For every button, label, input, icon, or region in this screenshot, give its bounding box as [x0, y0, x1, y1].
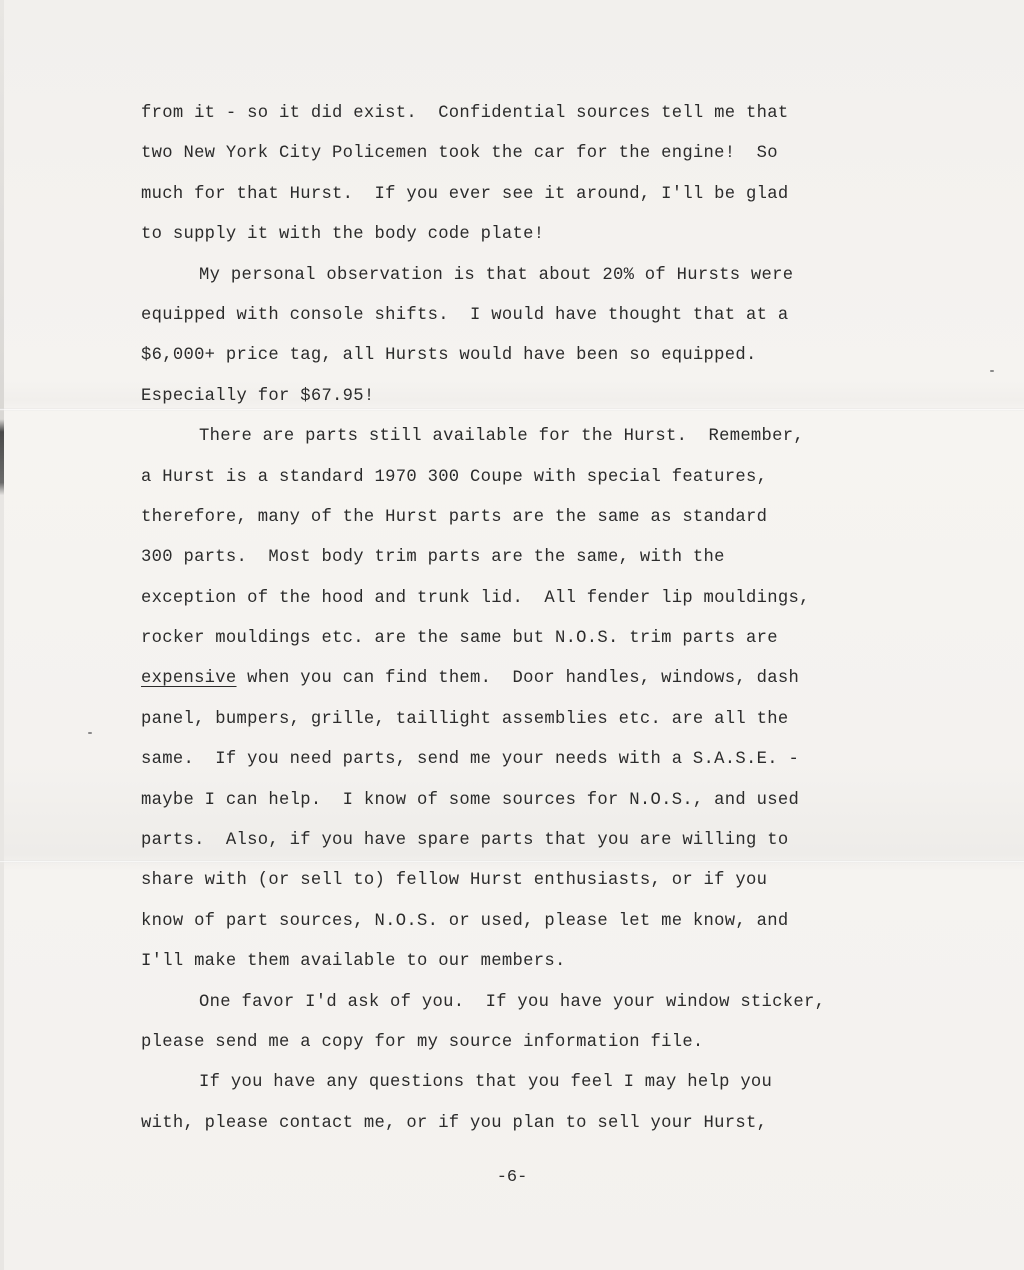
paragraph: There are parts still available for the … — [141, 423, 921, 988]
text-line: panel, bumpers, grille, taillight assemb… — [141, 706, 921, 746]
text-line: share with (or sell to) fellow Hurst ent… — [141, 867, 921, 907]
text-line: maybe I can help. I know of some sources… — [141, 787, 921, 827]
text-line: exception of the hood and trunk lid. All… — [141, 585, 921, 625]
text-line: Especially for $67.95! — [141, 383, 921, 423]
text-line: I'll make them available to our members. — [141, 948, 921, 988]
paragraph: My personal observation is that about 20… — [141, 262, 921, 424]
text-line: from it - so it did exist. Confidential … — [141, 100, 921, 140]
scanned-letter-page: from it - so it did exist. Confidential … — [0, 0, 1024, 1270]
text-line: know of part sources, N.O.S. or used, pl… — [141, 908, 921, 948]
text-line: rocker mouldings etc. are the same but N… — [141, 625, 921, 665]
text-line: My personal observation is that about 20… — [141, 262, 921, 302]
text-line: parts. Also, if you have spare parts tha… — [141, 827, 921, 867]
text-line: same. If you need parts, send me your ne… — [141, 746, 921, 786]
text-line: equipped with console shifts. I would ha… — [141, 302, 921, 342]
text-line: much for that Hurst. If you ever see it … — [141, 181, 921, 221]
paragraph: One favor I'd ask of you. If you have yo… — [141, 989, 921, 1070]
paragraph: If you have any questions that you feel … — [141, 1069, 921, 1150]
paragraph: from it - so it did exist. Confidential … — [141, 100, 921, 262]
page-number: -6- — [0, 1168, 1024, 1187]
text-line: If you have any questions that you feel … — [141, 1069, 921, 1109]
text-line: There are parts still available for the … — [141, 423, 921, 463]
text-line: to supply it with the body code plate! — [141, 221, 921, 261]
text-line: two New York City Policemen took the car… — [141, 140, 921, 180]
underlined-word: expensive — [141, 669, 237, 688]
text-line: please send me a copy for my source info… — [141, 1029, 921, 1069]
paper-speck — [88, 732, 92, 734]
text-line: $6,000+ price tag, all Hursts would have… — [141, 342, 921, 382]
line-remainder: when you can find them. Door handles, wi… — [237, 669, 800, 688]
text-line: a Hurst is a standard 1970 300 Coupe wit… — [141, 464, 921, 504]
letter-body: from it - so it did exist. Confidential … — [141, 100, 921, 1150]
paper-speck — [990, 370, 994, 372]
text-line: expensive when you can find them. Door h… — [141, 665, 921, 705]
text-line: One favor I'd ask of you. If you have yo… — [141, 989, 921, 1029]
text-line: with, please contact me, or if you plan … — [141, 1110, 921, 1150]
text-line: therefore, many of the Hurst parts are t… — [141, 504, 921, 544]
text-line: 300 parts. Most body trim parts are the … — [141, 544, 921, 584]
scan-edge-shadow — [0, 0, 4, 1270]
